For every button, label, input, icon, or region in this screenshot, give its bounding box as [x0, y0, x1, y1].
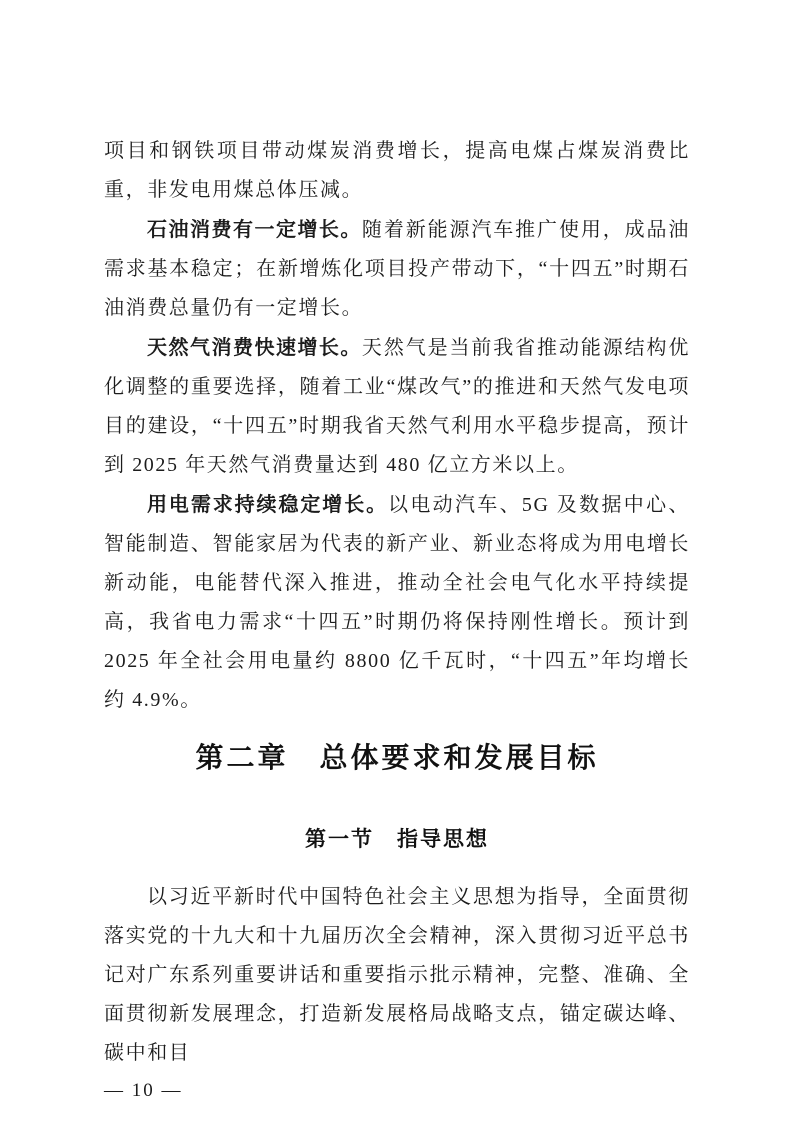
paragraph-lead: 石油消费有一定增长。 [147, 217, 362, 241]
paragraph-text: 项目和钢铁项目带动煤炭消费增长，提高电煤占煤炭消费比重，非发电用煤总体压减。 [104, 140, 690, 201]
section-heading: 第一节 指导思想 [104, 824, 690, 854]
paragraph-lead: 用电需求持续稳定增长。 [147, 492, 388, 516]
document-page: 项目和钢铁项目带动煤炭消费增长，提高电煤占煤炭消费比重，非发电用煤总体压减。 石… [0, 0, 794, 1123]
paragraph-electricity: 用电需求持续稳定增长。以电动汽车、5G 及数据中心、智能制造、智能家居为代表的新… [104, 485, 690, 720]
paragraph-oil: 石油消费有一定增长。随着新能源汽车推广使用，成品油需求基本稳定；在新增炼化项目投… [104, 210, 690, 328]
paragraph-coal-continuation: 项目和钢铁项目带动煤炭消费增长，提高电煤占煤炭消费比重，非发电用煤总体压减。 [104, 132, 690, 210]
paragraph-natural-gas: 天然气消费快速增长。天然气是当前我省推动能源结构优化调整的重要选择，随着工业“煤… [104, 328, 690, 485]
chapter-heading: 第二章 总体要求和发展目标 [104, 739, 690, 779]
paragraph-lead: 天然气消费快速增长。 [147, 335, 362, 359]
paragraph-text: 以电动汽车、5G 及数据中心、智能制造、智能家居为代表的新产业、新业态将成为用电… [104, 494, 690, 711]
paragraph-guiding-ideology: 以习近平新时代中国特色社会主义思想为指导，全面贯彻落实党的十九大和十九届历次全会… [104, 878, 690, 1073]
paragraph-text: 以习近平新时代中国特色社会主义思想为指导，全面贯彻落实党的十九大和十九届历次全会… [104, 886, 690, 1064]
page-number: — 10 — [104, 1079, 690, 1103]
